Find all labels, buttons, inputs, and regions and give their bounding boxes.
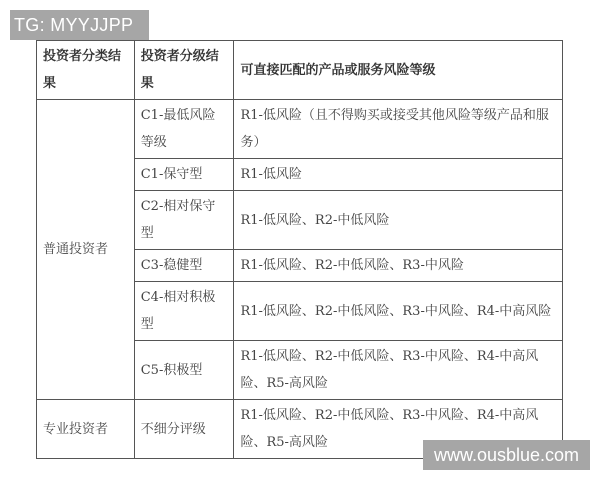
level-cell: C5-积极型 xyxy=(134,341,234,400)
match-cell: R1-低风险、R2-中低风险、R3-中风险 xyxy=(234,250,563,282)
match-cell: R1-低风险、R2-中低风险 xyxy=(234,191,563,250)
category-cell-professional: 专业投资者 xyxy=(37,400,135,459)
header-matching-risk-level: 可直接匹配的产品或服务风险等级 xyxy=(234,41,563,100)
level-cell: C1-保守型 xyxy=(134,159,234,191)
header-investor-level: 投资者分级结果 xyxy=(134,41,234,100)
header-investor-category: 投资者分类结果 xyxy=(37,41,135,100)
investor-risk-matching-table: 投资者分类结果 投资者分级结果 可直接匹配的产品或服务风险等级 普通投资者 C1… xyxy=(36,40,563,459)
level-cell: C2-相对保守型 xyxy=(134,191,234,250)
table-row: 普通投资者 C1-最低风险等级 R1-低风险（且不得购买或接受其他风险等级产品和… xyxy=(37,100,563,159)
category-cell-ordinary: 普通投资者 xyxy=(37,100,135,400)
level-cell: C1-最低风险等级 xyxy=(134,100,234,159)
level-cell: C3-稳健型 xyxy=(134,250,234,282)
match-cell: R1-低风险、R2-中低风险、R3-中风险、R4-中高风险、R5-高风险 xyxy=(234,341,563,400)
watermark-top: TG: MYYJJPP xyxy=(10,10,149,40)
match-cell: R1-低风险 xyxy=(234,159,563,191)
level-cell: 不细分评级 xyxy=(134,400,234,459)
match-cell: R1-低风险、R2-中低风险、R3-中风险、R4-中高风险 xyxy=(234,282,563,341)
level-cell: C4-相对积极型 xyxy=(134,282,234,341)
match-cell: R1-低风险（且不得购买或接受其他风险等级产品和服务） xyxy=(234,100,563,159)
table-header-row: 投资者分类结果 投资者分级结果 可直接匹配的产品或服务风险等级 xyxy=(37,41,563,100)
watermark-bottom: www.ousblue.com xyxy=(423,440,590,470)
